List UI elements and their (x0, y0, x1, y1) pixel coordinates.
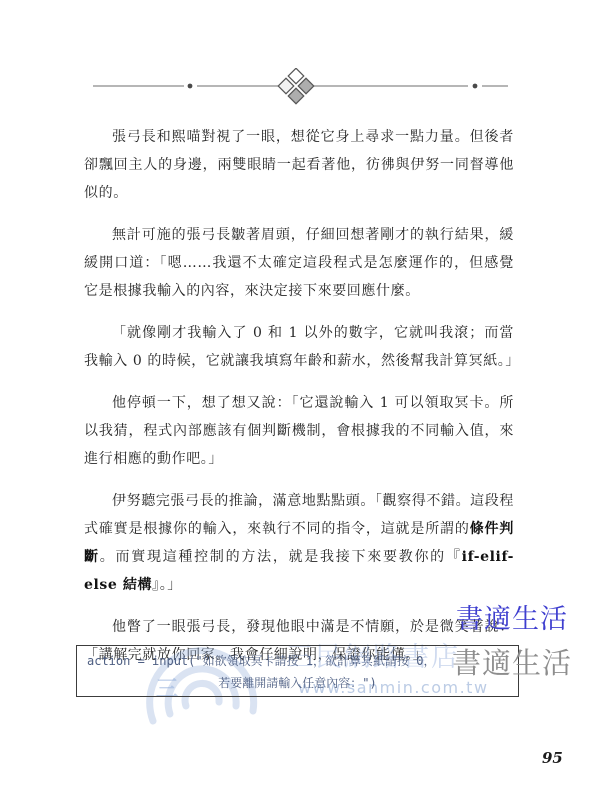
book-page: 張弓長和熙喵對視了一眼，想從它身上尋求一點力量。但後者卻飄回主人的身邊，兩雙眼睛… (0, 0, 591, 800)
paragraph: 「就像剛才我輸入了 0 和 1 以外的數字，它就叫我滾；而當我輸入 0 的時候，… (84, 319, 514, 375)
paragraph-text: 。而實現這種控制的方法，就是我接下來要教你的『 (100, 549, 462, 565)
paragraphs: 張弓長和熙喵對視了一眼，想從它身上尋求一點力量。但後者卻飄回主人的身邊，兩雙眼睛… (84, 123, 514, 683)
paragraph: 他停頓一下，想了想又說：「它還說輸入 1 可以領取冥卡。所以我猜，程式內部應該有… (84, 389, 514, 473)
paragraph-text: 』。」 (152, 577, 182, 593)
page-number: 95 (542, 749, 563, 767)
paragraph: 無計可施的張弓長皺著眉頭，仔細回想著剛才的執行結果，緩緩開口道：「嗯……我還不太… (84, 221, 514, 305)
brand-watermark-blue: 書適生活 (456, 597, 568, 636)
paragraph-text: 「就像剛才我輸入了 0 和 1 以外的數字，它就叫我滾；而當我輸入 0 的時候，… (84, 325, 520, 369)
divider-dot-icon (473, 84, 478, 89)
divider-graphic (0, 68, 591, 108)
code-line: action = input("如欲領取冥卡請按 1，欲計算冥紙請按 0， (87, 650, 508, 672)
code-line: 若要離開請輸入任意內容：") (87, 672, 508, 694)
paragraph-text: 無計可施的張弓長皺著眉頭，仔細回想著剛才的執行結果，緩緩開口道：「嗯……我還不太… (84, 227, 514, 299)
paragraph: 伊努聽完張弓長的推論，滿意地點點頭。「觀察得不錯。這段程式確實是根據你的輸入，來… (84, 487, 514, 599)
paragraph-text: 伊努聽完張弓長的推論，滿意地點點頭。「觀察得不錯。這段程式確實是根據你的輸入，來… (84, 493, 514, 537)
paragraph-text: 張弓長和熙喵對視了一眼，想從它身上尋求一點力量。但後者卻飄回主人的身邊，兩雙眼睛… (84, 129, 514, 201)
diamond-cluster-icon (278, 68, 314, 104)
paragraph: 張弓長和熙喵對視了一眼，想從它身上尋求一點力量。但後者卻飄回主人的身邊，兩雙眼睛… (84, 123, 514, 207)
paragraph-text: 他停頓一下，想了想又說：「它還說輸入 1 可以領取冥卡。所以我猜，程式內部應該有… (84, 395, 514, 467)
divider-dot-icon (188, 84, 193, 89)
brand-watermark-gray: 書適生活 (452, 641, 572, 682)
section-divider-ornament (0, 68, 591, 108)
